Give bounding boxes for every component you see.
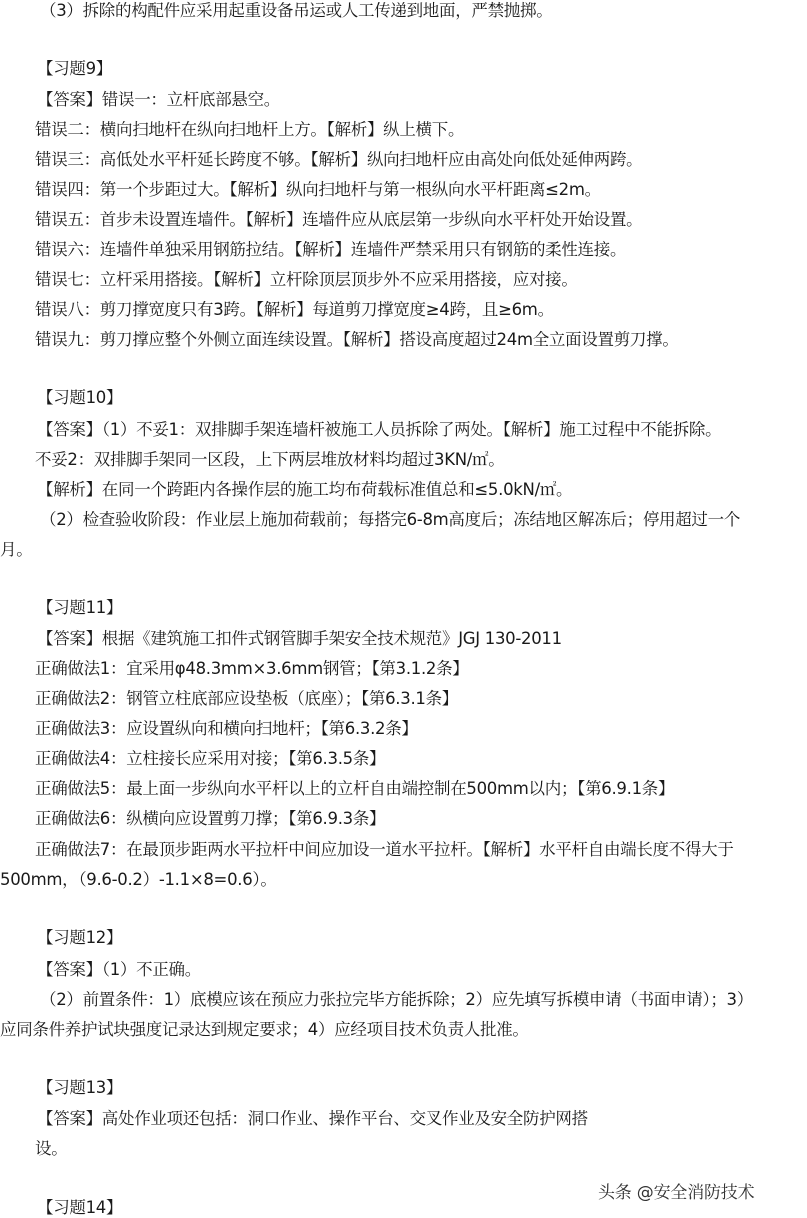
text-line: 正确做法4：立柱接长应采用对接；【第6.3.5条】 — [35, 748, 385, 770]
text-line: 【答案】（1）不正确。 — [37, 959, 201, 981]
text-line: 正确做法3：应设置纵向和横向扫地杆；【第6.3.2条】 — [35, 718, 418, 740]
text-line: 应同条件养护试块强度记录达到规定要求；4）应经项目技术负责人批准。 — [0, 1019, 529, 1041]
text-line: 【答案】高处作业项还包括：洞口作业、操作平台、交叉作业及安全防护网搭 — [37, 1108, 588, 1130]
text-line: 【习题13】 — [37, 1077, 122, 1099]
text-line: 不妥2：双排脚手架同一区段，上下两层堆放材料均超过3KN/㎡。 — [35, 449, 504, 471]
text-line: （2）前置条件：1）底模应该在预应力张拉完毕方能拆除；2）应先填写拆模申请（书面… — [40, 989, 753, 1011]
text-line: 【习题10】 — [37, 387, 122, 409]
text-line: 月。 — [0, 539, 32, 561]
text-line: 错误三：高低处水平杆延长跨度不够。【解析】纵向扫地杆应由高处向低处延伸两跨。 — [35, 149, 642, 171]
text-line: 错误九：剪刀撑应整个外侧立面连续设置。【解析】搭设高度超过24m全立面设置剪刀撑… — [35, 329, 679, 351]
text-line: 正确做法6：纵横向应设置剪刀撑；【第6.9.3条】 — [35, 808, 385, 830]
text-line: 错误七：立杆采用搭接。【解析】立杆除顶层顶步外不应采用搭接，应对接。 — [35, 269, 578, 291]
text-line: 错误五：首步未设置连墙件。【解析】连墙件应从底层第一步纵向水平杆处开始设置。 — [35, 209, 642, 231]
text-line: 【习题14】 — [37, 1197, 122, 1218]
text-line: 错误八：剪刀撑宽度只有3跨。【解析】每道剪刀撑宽度≥4跨，且≥6m。 — [35, 299, 554, 321]
text-line: 正确做法2：钢管立柱底部应设垫板（底座）；【第6.3.1条】 — [35, 688, 458, 710]
text-line: 【解析】在同一个跨距内各操作层的施工均布荷载标准值总和≤5.0kN/㎡。 — [37, 479, 572, 501]
text-line: 【习题11】 — [37, 597, 122, 619]
watermark: 头条 @安全消防技术 — [598, 1178, 754, 1203]
text-line: （2）检查验收阶段：作业层上施加荷载前；每搭完6-8m高度后；冻结地区解冻后；停… — [40, 509, 740, 531]
text-line: 正确做法7：在最顶步距两水平拉杆中间应加设一道水平拉杆。【解析】水平杆自由端长度… — [35, 839, 734, 861]
text-line: 错误二：横向扫地杆在纵向扫地杆上方。【解析】纵上横下。 — [35, 119, 464, 141]
text-line: 【答案】错误一：立杆底部悬空。 — [37, 89, 280, 111]
text-line: 错误四：第一个步距过大。【解析】纵向扫地杆与第一根纵向水平杆距离≤2m。 — [35, 179, 601, 201]
text-line: 【习题12】 — [37, 927, 122, 949]
text-line: 正确做法1：宜采用φ48.3mm×3.6mm钢管；【第3.1.2条】 — [35, 658, 469, 680]
text-line: 【习题9】 — [37, 58, 112, 80]
text-line: （3）拆除的构配件应采用起重设备吊运或人工传递到地面，严禁抛掷。 — [40, 0, 552, 22]
text-line: 设。 — [35, 1138, 67, 1160]
text-line: 【答案】根据《建筑施工扣件式钢管脚手架安全技术规范》JGJ 130-2011 — [37, 628, 562, 650]
text-line: 正确做法5：最上面一步纵向水平杆以上的立杆自由端控制在500mm以内；【第6.9… — [35, 778, 674, 800]
text-line: 500mm，（9.6-0.2）-1.1×8=0.6）。 — [0, 869, 277, 891]
text-line: 错误六：连墙件单独采用钢筋拉结。【解析】连墙件严禁采用只有钢筋的柔性连接。 — [35, 239, 626, 261]
text-line: 【答案】（1）不妥1：双排脚手架连墙杆被施工人员拆除了两处。【解析】施工过程中不… — [37, 419, 721, 441]
